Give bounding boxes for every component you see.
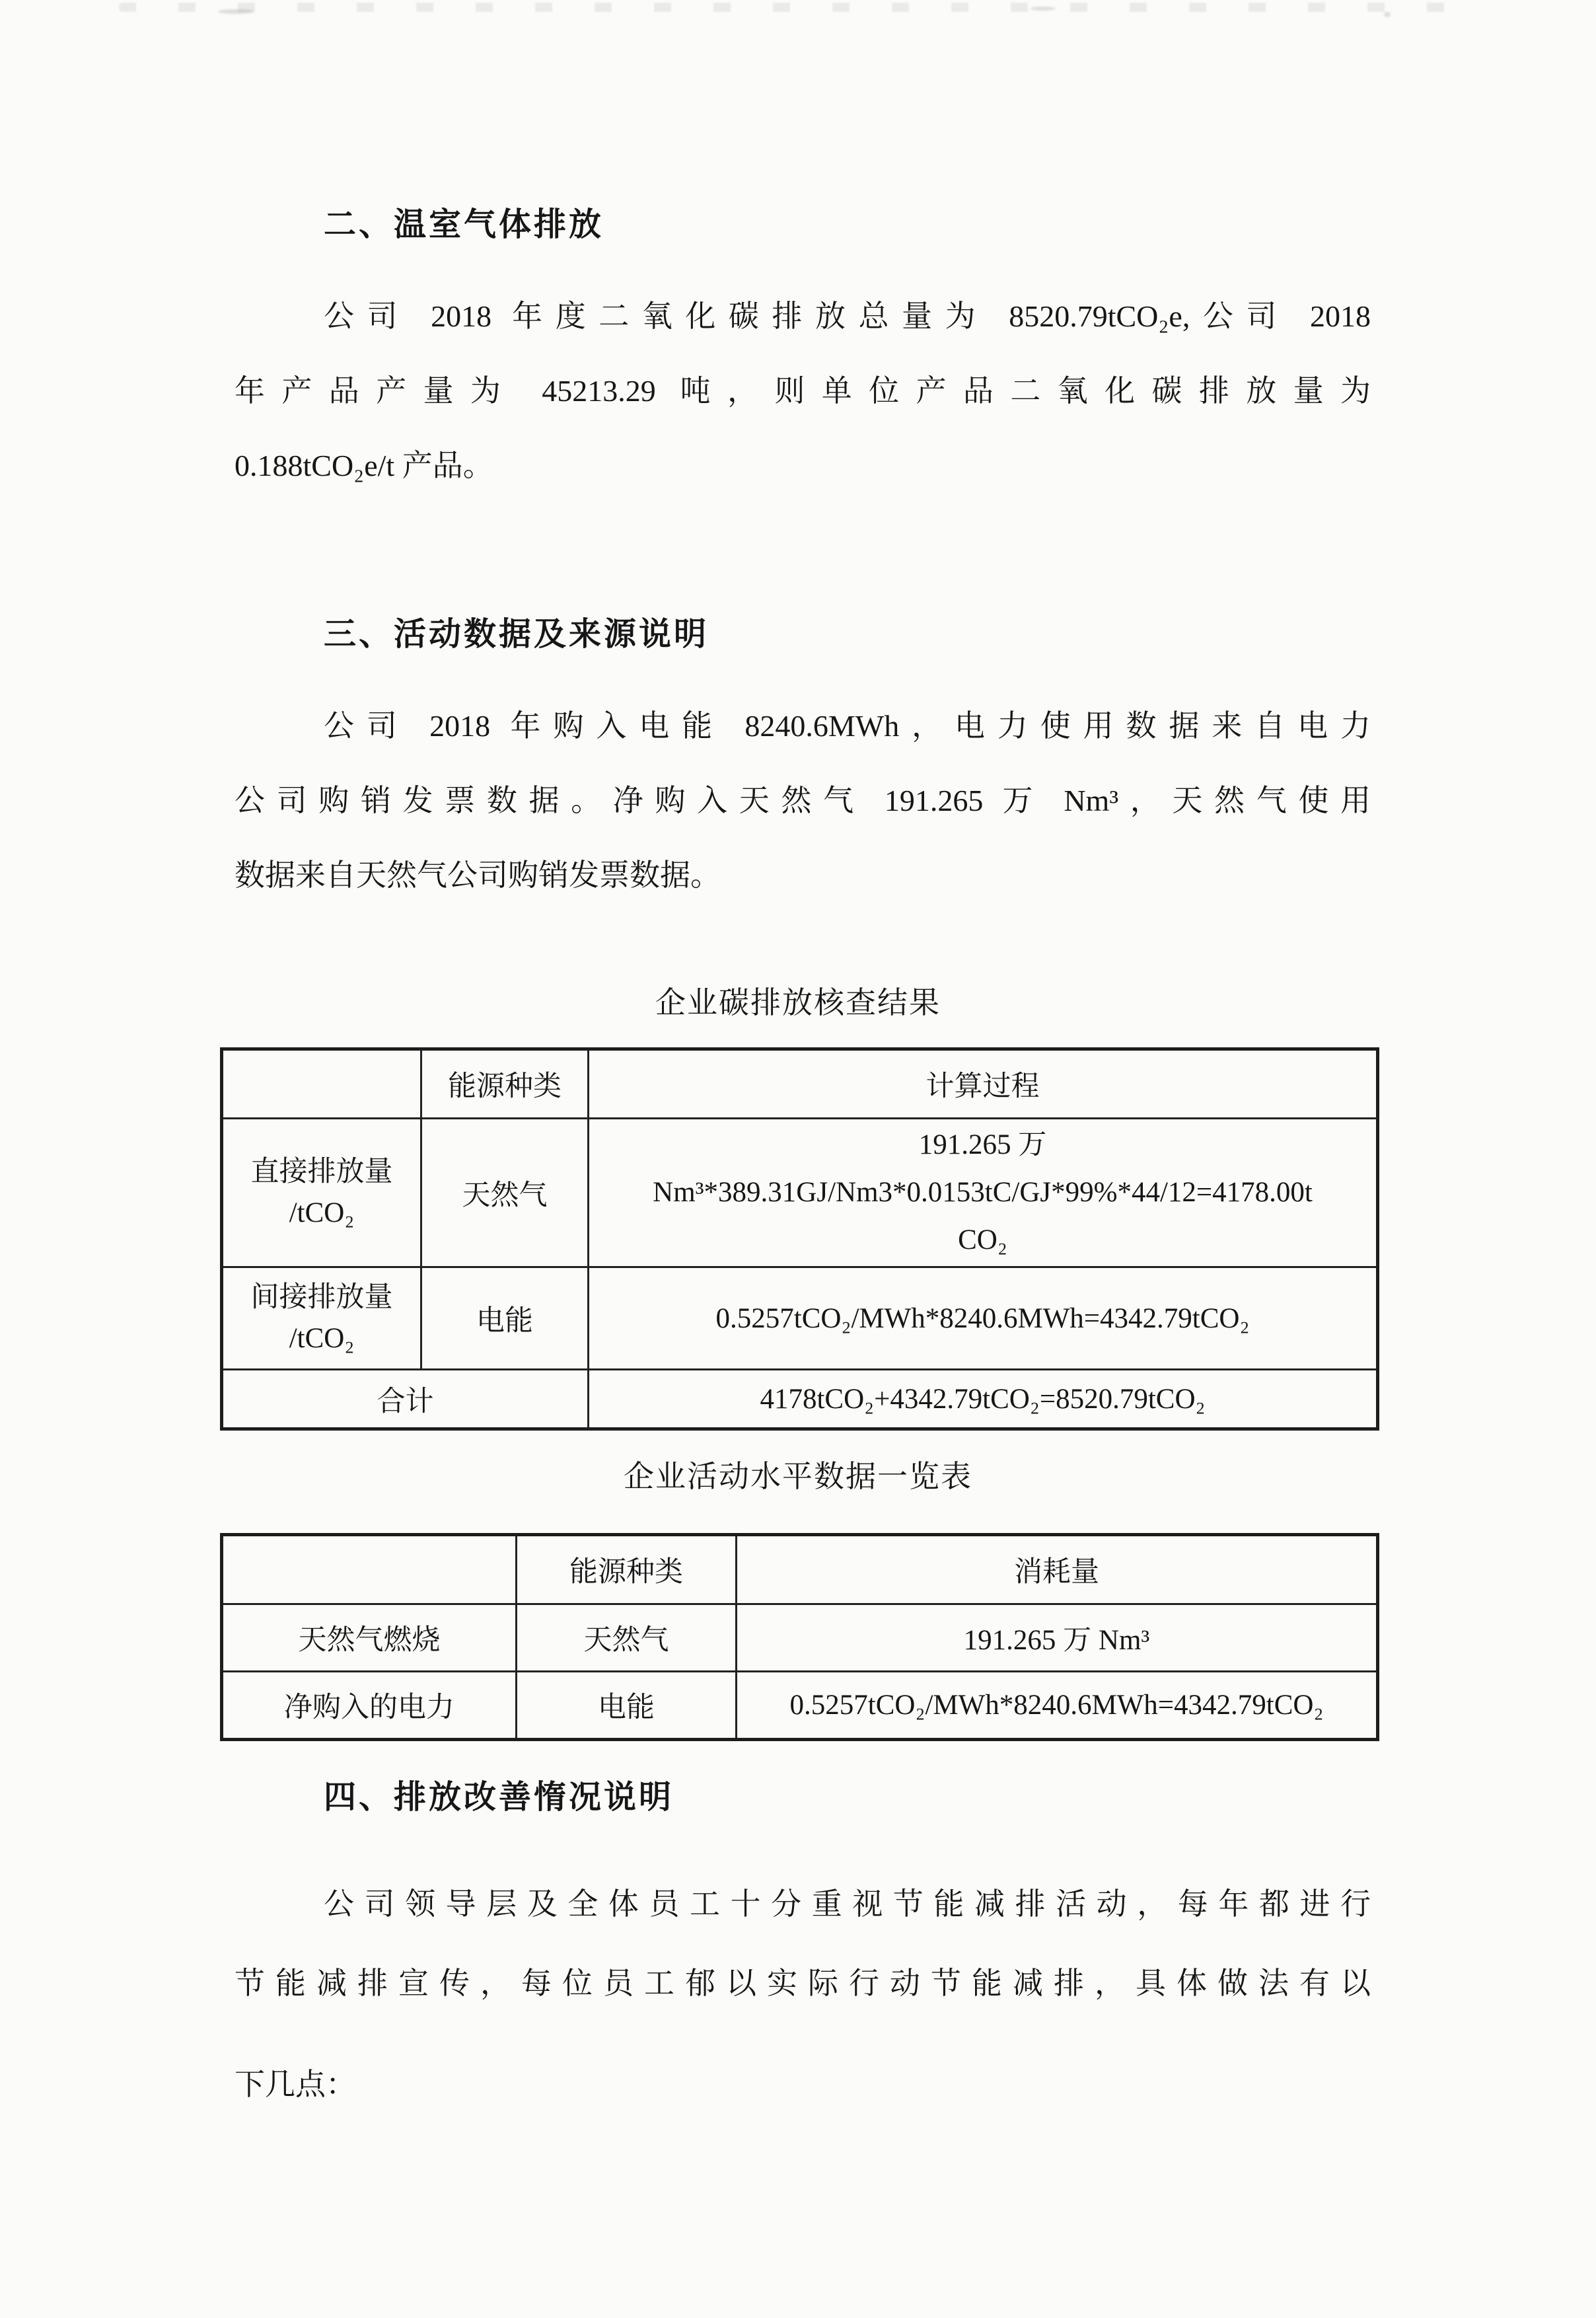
table-row: 能源种类 计算过程 [222,1049,1378,1119]
t2-header-consumption: 消耗量 [737,1535,1378,1604]
t2-electricity-amount: 0.5257tCO₂/MWh*8240.6MWh=4342.79tCO₂ [737,1672,1378,1740]
table-row: 直接排放量 /tCO₂ 天然气 191.265 万 Nm³*389.31GJ/N… [222,1119,1378,1267]
t1-direct-emission-label-line2: /tCO₂ [229,1193,415,1234]
table-caption-activity-level: 企业活动水平数据一览表 [220,1460,1376,1494]
paragraph-line: 公司购销发票数据。净购入天然气 191.265 万 Nm³，天然气使用 [235,783,1371,819]
t2-gas-combustion-activity: 天然气燃烧 [222,1604,517,1672]
t1-indirect-calculation: 0.5257tCO₂/MWh*8240.6MWh=4342.79tCO₂ [589,1267,1378,1370]
t2-gas-energy: 天然气 [517,1604,737,1672]
activity-level-table: 能源种类 消耗量 天然气燃烧 天然气 191.265 万 Nm³ 净购入的电力 … [220,1533,1379,1741]
paragraph-line: 下几点： [235,2067,1371,2103]
paragraph-line: 公司 2018 年度二氧化碳排放总量为 8520.79tCO₂e,公司 2018 [235,299,1371,334]
paragraph-line: 0.188tCO₂e/t 产品。 [235,448,1371,484]
paragraph-line: 数据来自天然气公司购销发票数据。 [235,858,1371,893]
t1-total-label: 合计 [222,1370,589,1429]
section-heading-greenhouse-gas-emissions: 二、温室气体排放 [235,206,1371,243]
t1-header-blank [222,1049,421,1119]
scan-artifact [1384,12,1391,17]
t1-indirect-emission-label: 间接排放量 /tCO₂ [222,1267,421,1370]
section-heading-activity-data-source: 三、活动数据及来源说明 [235,616,1371,653]
t2-header-blank [222,1535,517,1604]
carbon-verification-table: 能源种类 计算过程 直接排放量 /tCO₂ 天然气 191.265 万 Nm³*… [220,1047,1379,1431]
paragraph-line: 公司 2018 年购入电能 8240.6MWh，电力使用数据来自电力 [235,708,1371,744]
t1-indirect-energy: 电能 [421,1267,589,1370]
t1-indirect-emission-label-line2: /tCO₂ [229,1318,415,1359]
t1-total-calculation: 4178tCO₂+4342.79tCO₂=8520.79tCO₂ [589,1370,1378,1429]
table-row: 天然气燃烧 天然气 191.265 万 Nm³ [222,1604,1378,1672]
t2-header-energy-type: 能源种类 [517,1535,737,1604]
t1-header-energy-type: 能源种类 [421,1049,589,1119]
table-caption-carbon-verification: 企业碳排放核查结果 [220,986,1376,1020]
table-row: 净购入的电力 电能 0.5257tCO₂/MWh*8240.6MWh=4342.… [222,1672,1378,1740]
document-page: 二、温室气体排放 公司 2018 年度二氧化碳排放总量为 8520.79tCO₂… [0,0,1596,2318]
t1-direct-emission-label: 直接排放量 /tCO₂ [222,1119,421,1267]
t1-direct-calc-line2: Nm³*389.31GJ/Nm3*0.0153tC/GJ*99%*44/12=4… [595,1169,1371,1216]
t1-direct-calc-line1: 191.265 万 [595,1121,1371,1169]
t2-purchased-electricity-activity: 净购入的电力 [222,1672,517,1740]
t1-indirect-emission-label-line1: 间接排放量 [229,1277,415,1318]
table-row: 间接排放量 /tCO₂ 电能 0.5257tCO₂/MWh*8240.6MWh=… [222,1267,1378,1370]
t1-direct-emission-label-line1: 直接排放量 [229,1152,415,1193]
t1-header-calculation: 计算过程 [589,1049,1378,1119]
table-row: 合计 4178tCO₂+4342.79tCO₂=8520.79tCO₂ [222,1370,1378,1429]
paragraph-line: 节能减排宣传，每位员工郁以实际行动节能减排，具体做法有以 [235,1966,1371,2001]
scan-artifact [119,3,1473,12]
t2-gas-amount: 191.265 万 Nm³ [737,1604,1378,1672]
t1-direct-calculation: 191.265 万 Nm³*389.31GJ/Nm3*0.0153tC/GJ*9… [589,1119,1378,1267]
table-row: 能源种类 消耗量 [222,1535,1378,1604]
paragraph-line: 年产品产量为 45213.29 吨，则单位产品二氧化碳排放量为 [235,373,1371,409]
t2-electricity-energy: 电能 [517,1672,737,1740]
section-heading-emission-improvement: 四、排放改善惰况说明 [235,1779,1371,1816]
scan-artifact [1031,7,1056,11]
t1-direct-energy: 天然气 [421,1119,589,1267]
paragraph-line: 公司领导层及全体员工十分重视节能减排活动，每年都进行 [235,1887,1371,1922]
t1-direct-calc-line3: CO₂ [595,1216,1371,1264]
scan-artifact [218,9,254,14]
